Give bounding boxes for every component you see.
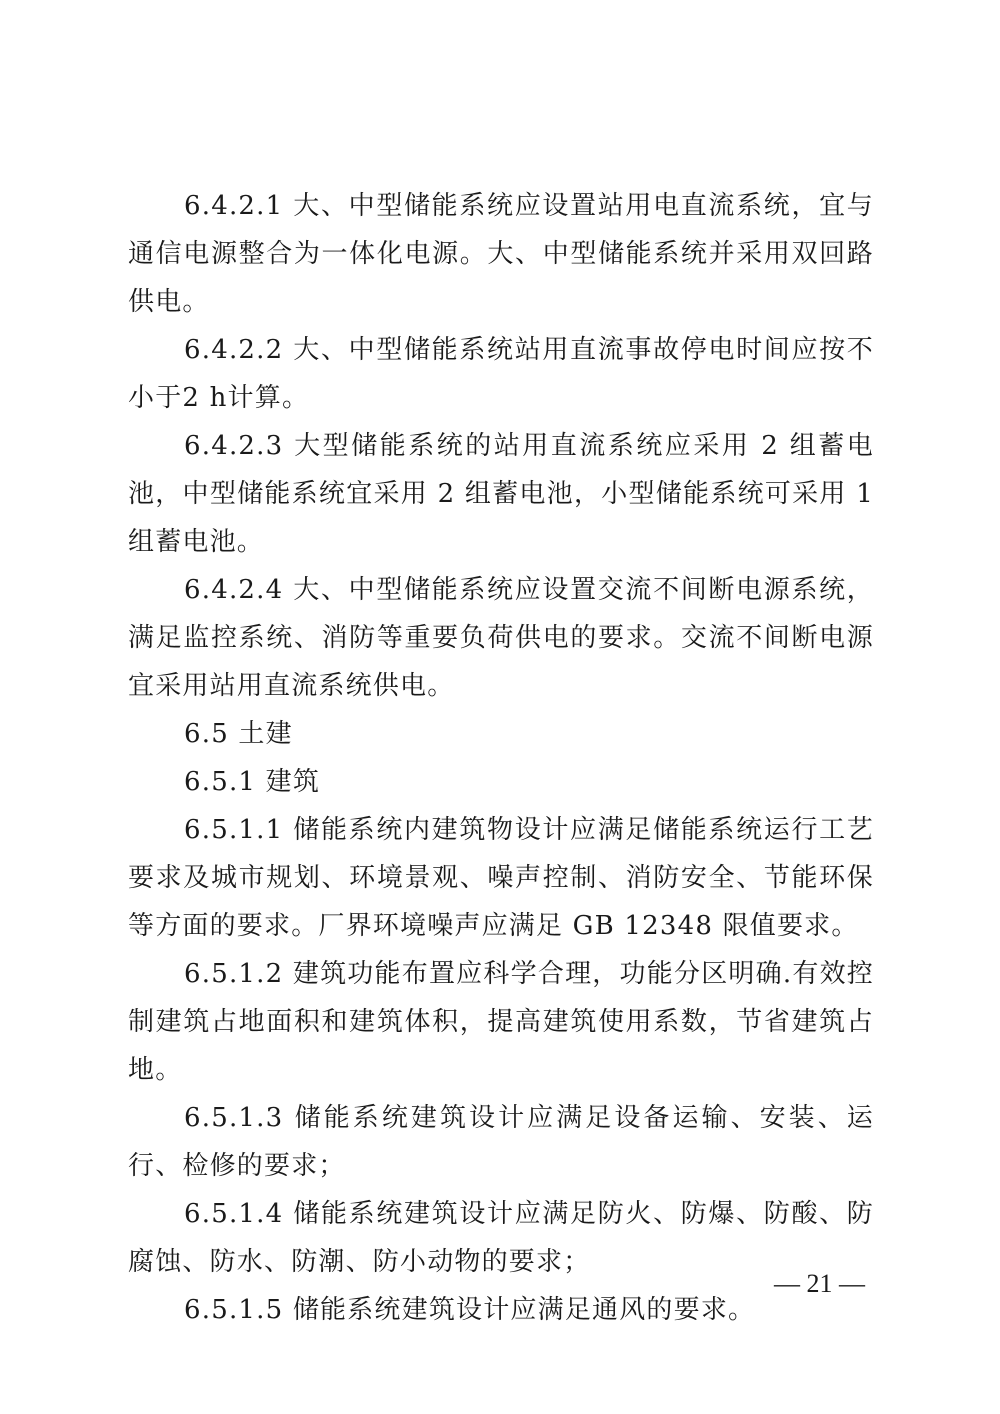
clause-6-5-1-2: 6.5.1.2 建筑功能布置应科学合理，功能分区明确.有效控制建筑占地面积和建筑… [128, 950, 874, 1094]
section-heading-6-5: 6.5 土建 [128, 710, 874, 758]
clause-6-4-2-3: 6.4.2.3 大型储能系统的站用直流系统应采用 2 组蓄电池，中型储能系统宜采… [128, 422, 874, 566]
clause-6-4-2-2: 6.4.2.2 大、中型储能系统站用直流事故停电时间应按不小于2 h计算。 [128, 326, 874, 422]
clause-6-5-1-4: 6.5.1.4 储能系统建筑设计应满足防火、防爆、防酸、防腐蚀、防水、防潮、防小… [128, 1190, 874, 1286]
clause-6-5-1-3: 6.5.1.3 储能系统建筑设计应满足设备运输、安装、运行、检修的要求； [128, 1094, 874, 1190]
clause-6-4-2-4: 6.4.2.4 大、中型储能系统应设置交流不间断电源系统，满足监控系统、消防等重… [128, 566, 874, 710]
page-number: — 21 — [774, 1266, 865, 1302]
clause-6-5-1-1: 6.5.1.1 储能系统内建筑物设计应满足储能系统运行工艺要求及城市规划、环境景… [128, 806, 874, 950]
clause-6-5-1-5: 6.5.1.5 储能系统建筑设计应满足通风的要求。 [128, 1286, 874, 1334]
clause-6-4-2-1: 6.4.2.1 大、中型储能系统应设置站用电直流系统，宜与通信电源整合为一体化电… [128, 182, 874, 326]
document-body: 6.4.2.1 大、中型储能系统应设置站用电直流系统，宜与通信电源整合为一体化电… [128, 182, 874, 1334]
subsection-heading-6-5-1: 6.5.1 建筑 [128, 758, 874, 806]
